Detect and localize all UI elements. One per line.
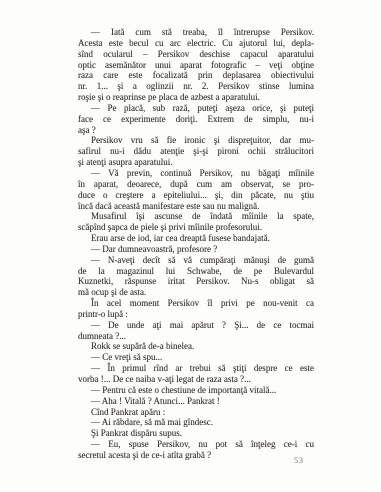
text-line: aşa ?	[78, 125, 314, 136]
text-line: Acesta este becul cu arc electric. Cu aj…	[78, 38, 314, 49]
text-line: sînd ocularul – Persikov deschise capacu…	[78, 49, 314, 60]
text-line: Cînd Pankrat apăru :	[78, 407, 314, 418]
text-line: nr. 1... şi a oglinzii nr. 2. Persikov s…	[78, 81, 314, 92]
paragraph: — Pe placă, sub rază, puteţi aşeza orice…	[78, 103, 314, 136]
text-line: — Pe placă, sub rază, puteţi aşeza orice…	[78, 103, 314, 114]
text-line: Şi Pankrat dispăru supus.	[78, 428, 314, 439]
paragraph: — Pentru că este o chestiune de importan…	[78, 385, 314, 396]
page-text: — Iată cum stă treaba, îl întrerupse Per…	[78, 27, 314, 461]
text-line: — În primul rînd ar trebui să ştiţi desp…	[78, 363, 314, 374]
paragraph: Erau arse de iod, iar cea dreaptă fusese…	[78, 233, 314, 244]
text-line: — Ai răbdare, să mă mai gîndesc.	[78, 417, 314, 428]
text-line: încă dacă această manifestare este sau n…	[78, 201, 314, 212]
page-number: 53	[294, 455, 304, 465]
text-line: Rokk se supără de-a binelea.	[78, 341, 314, 352]
text-line: duce o creştere a epiteliului... şi, din…	[78, 190, 314, 201]
text-line: — N-aveţi decît să vă cumpăraţi mănuşi d…	[78, 255, 314, 266]
text-line: Musafirul îşi ascunse de îndată mîinile …	[78, 211, 314, 222]
paragraph: Rokk se supără de-a binelea.	[78, 341, 314, 352]
text-line: de la magazinul lui Schwabe, de pe Bulev…	[78, 266, 314, 277]
paragraph: Cînd Pankrat apăru :	[78, 407, 314, 418]
text-line: optic asemănător unui aparat fotografic …	[78, 60, 314, 71]
text-line: mă ocup şi de asta.	[78, 287, 314, 298]
text-line: roşie şi o reaprinse pe placa de azbest …	[78, 92, 314, 103]
paragraph: — Eu, spuse Persikov, nu pot să înţeleg …	[78, 439, 314, 461]
text-line: Kuznetki, răspunse iritat Persikov. Nu-s…	[78, 276, 314, 287]
paragraph: — De unde aţi mai apărut ? Şi... de ce t…	[78, 320, 314, 342]
paragraph: Persikov vru să fie ironic şi dispreţuit…	[78, 135, 314, 168]
text-line: În acel moment Persikov îl privi pe nou-…	[78, 298, 314, 309]
text-line: raza care este focalizată prin deplasare…	[78, 70, 314, 81]
text-line: safirul nu-i dădu atenţie şi-şi pironi o…	[78, 146, 314, 157]
paragraph: — Vă previn, continuă Persikov, nu băgaţ…	[78, 168, 314, 211]
text-line: — Ce vreţi să spu...	[78, 352, 314, 363]
paragraph: Şi Pankrat dispăru supus.	[78, 428, 314, 439]
text-line: — Vă previn, continuă Persikov, nu băgaţ…	[78, 168, 314, 179]
text-line: — Iată cum stă treaba, îl întrerupse Per…	[78, 27, 314, 38]
paragraph: — Aha ! Vitală ? Atunci... Pankrat !	[78, 396, 314, 407]
text-line: şi atenţi asupra aparatului.	[78, 157, 314, 168]
text-line: — Aha ! Vitală ? Atunci... Pankrat !	[78, 396, 314, 407]
book-page: — Iată cum stă treaba, îl întrerupse Per…	[0, 0, 381, 492]
text-line: vorba !... De ce naiba v-aţi legat de ra…	[78, 374, 314, 385]
paragraph: — N-aveţi decît să vă cumpăraţi mănuşi d…	[78, 255, 314, 298]
text-line: printr-o lupă :	[78, 309, 314, 320]
paragraph: — În primul rînd ar trebui să ştiţi desp…	[78, 363, 314, 385]
text-line: Persikov vru să fie ironic şi dispreţuit…	[78, 135, 314, 146]
paragraph: În acel moment Persikov îl privi pe nou-…	[78, 298, 314, 320]
text-line: dumneata ?...	[78, 331, 314, 342]
paragraph: — Dar dumneavoastră, profesore ?	[78, 244, 314, 255]
text-line: secretul acesta şi de ce-i atîta grabă ?	[78, 450, 314, 461]
paragraph: — Ai răbdare, să mă mai gîndesc.	[78, 417, 314, 428]
text-line: face ce experimente doriţi. Extrem de si…	[78, 114, 314, 125]
text-line: — Eu, spuse Persikov, nu pot să înţeleg …	[78, 439, 314, 450]
paragraph: — Ce vreţi să spu...	[78, 352, 314, 363]
text-line: — Dar dumneavoastră, profesore ?	[78, 244, 314, 255]
text-line: — De unde aţi mai apărut ? Şi... de ce t…	[78, 320, 314, 331]
text-line: Erau arse de iod, iar cea dreaptă fusese…	[78, 233, 314, 244]
paragraph: Musafirul îşi ascunse de îndată mîinile …	[78, 211, 314, 233]
paragraph: — Iată cum stă treaba, îl întrerupse Per…	[78, 27, 314, 103]
text-line: — Pentru că este o chestiune de importan…	[78, 385, 314, 396]
text-line: scăpînd şapca de piele şi privi mîinile …	[78, 222, 314, 233]
text-line: în aparat, deoarece, după cum am observa…	[78, 179, 314, 190]
